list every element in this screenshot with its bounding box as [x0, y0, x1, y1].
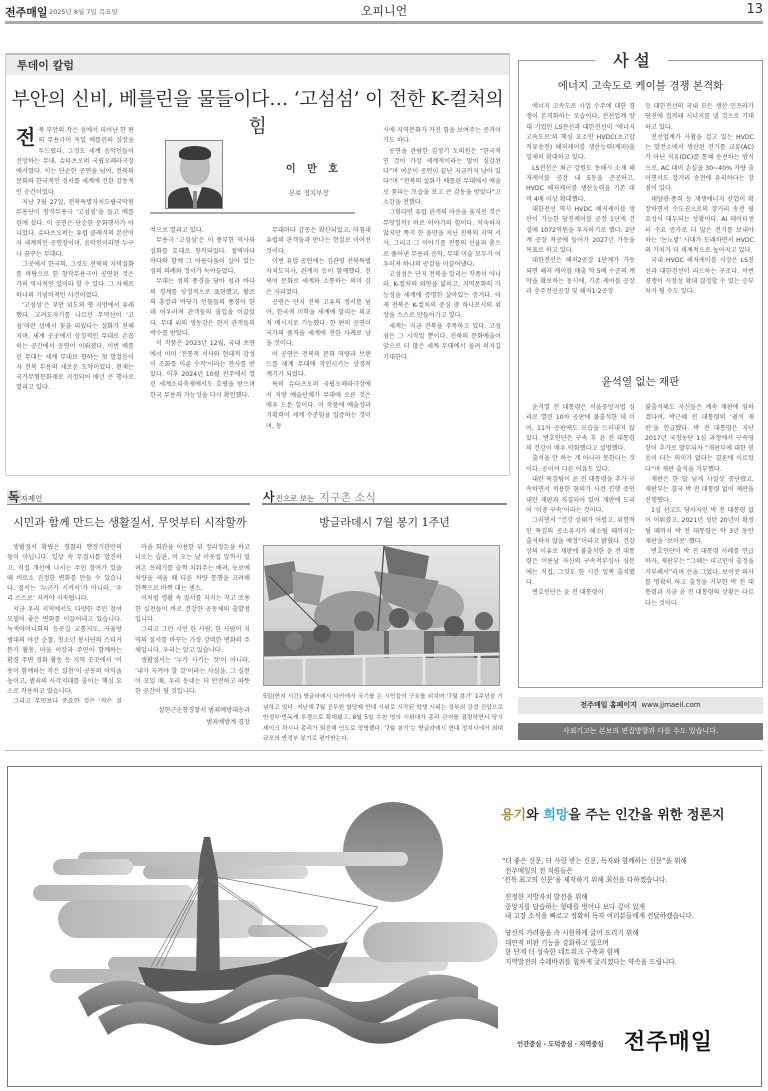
- author-divider: [150, 212, 355, 214]
- ad-slogan: 인간중심 · 도덕중심 · 지역중심: [517, 1039, 604, 1048]
- homepage-link[interactable]: 전주매일 홈페이지 www.jjmaeil.com: [518, 697, 763, 714]
- reader-column-header: 독자제언: [7, 486, 250, 505]
- editorial-rule-right: [668, 60, 763, 61]
- author-name: 이 만 호: [286, 160, 342, 175]
- author-photo: [165, 140, 223, 209]
- ad-paragraph-3: 당신의 가려움을 속 시원하게 긁어 드리기 위해 대안적 비판 기능을 강화하…: [505, 929, 677, 967]
- today-column-col3: 무대마다 감동은 확산되었고, 마침내 유럽의 관객들과 만나는 현실로 이어진…: [266, 226, 371, 471]
- today-column-col1: 전 북 부안의 작은 섬에서 피어난 한 편의 무용극이 독일 베를린의 심장을…: [16, 126, 134, 471]
- editorial-headline-1[interactable]: 에너지 고속도로 케이블 경쟁 본격화: [518, 78, 763, 93]
- protest-photo[interactable]: [263, 545, 500, 686]
- photo-caption: 5일(현지 시간) 방글라데시 다카에서 국기를 든 시민들이 구호를 외치며 …: [263, 692, 503, 745]
- today-column-col2: 적으로 열리고 있다. 무용극 ‘고섬섬’은 이 풍부한 역사와 설화를 토대로…: [150, 226, 255, 471]
- today-column-label: 투데이 칼럼: [17, 57, 74, 73]
- masthead: 전주매일 2025년 8월 7일 목요일 오피니언 13: [5, 2, 763, 20]
- editorial-2-col1: 윤석열 전 대통령은 서울중앙지법 심리로 열린 10차 공판에 불출석한 데 …: [526, 403, 635, 683]
- editorial-1-col2: 등 대한전선의 국내 모든 생산 인프라가 당진에 집적돼 시너지를 낼 것으로…: [645, 102, 754, 352]
- crowd-image: [264, 546, 500, 686]
- contribution-disclaimer: 사외기고는 본보의 편집방향과 다를 수도 있습니다.: [518, 723, 763, 740]
- today-column-col4: 시에 지역문화가 가진 힘을 보여주는 증거이기도 하다. 공연을 관람한 김정…: [383, 126, 501, 471]
- reader-signature-1: 설현근순창경찰서 범죄예방대응과: [140, 706, 250, 716]
- editorial-2-col2: 불출석해도 자신들은 계속 재판에 임하겠다며, 박근혜 전 대통령의 ‘궐석 …: [645, 403, 754, 683]
- dropcap: 전: [16, 126, 35, 148]
- ship-illustration: [8, 767, 498, 1085]
- photo-news-headline[interactable]: 방글라데시 7월 봉기 1주년: [262, 514, 507, 530]
- author-role: 본보 정치부장: [289, 188, 329, 197]
- ad-paragraph-1: “더 좋은 신문, 더 사랑 받는 신문, 독자와 함께하는 신문”을 위해 전…: [502, 857, 687, 886]
- ad-newspaper-logo[interactable]: 전주매일: [624, 1025, 713, 1056]
- masthead-divider: [5, 21, 763, 24]
- section-divider: [5, 750, 763, 751]
- editorial-headline-2[interactable]: 윤석열 없는 재판: [518, 374, 763, 389]
- homepage-url[interactable]: www.jjmaeil.com: [641, 701, 700, 709]
- ad-headline: 용기와 희망을 주는 인간을 위한 정론지: [501, 804, 725, 823]
- editorial-label: 사 설: [595, 48, 668, 71]
- ad-paragraph-2: 진정한 지방자치 발전을 위해 중앙지를 답습하는 형태를 벗어나 보다 깊이 …: [505, 893, 694, 922]
- page-number: 13: [746, 2, 763, 17]
- reader-signature-2: 범죄예방계 경장: [140, 718, 250, 728]
- photo-news-header: 사진으로 보는 지구촌 소식: [262, 486, 507, 505]
- reader-column-headline[interactable]: 시민과 함께 만드는 생활질서, 무엇부터 시작할까: [13, 514, 247, 530]
- editorial-1-col1: 에너지 고속도로 사업 수주에 대한 경쟁이 본격화하는 모습이다. 전선업계 …: [526, 102, 635, 352]
- reader-column-col2: 마을 회관을 이용한 뒤 정리정돈을 하고 나오는 습관, 비 오는 날 이웃집…: [135, 543, 250, 703]
- section-title: 오피니언: [5, 2, 763, 19]
- editorial-rule-left: [518, 60, 595, 61]
- reader-column-col1: 생활질서 확립은 경찰과 행정기관만의 몫이 아닙니다. 일상 속 무질서를 발…: [7, 543, 122, 703]
